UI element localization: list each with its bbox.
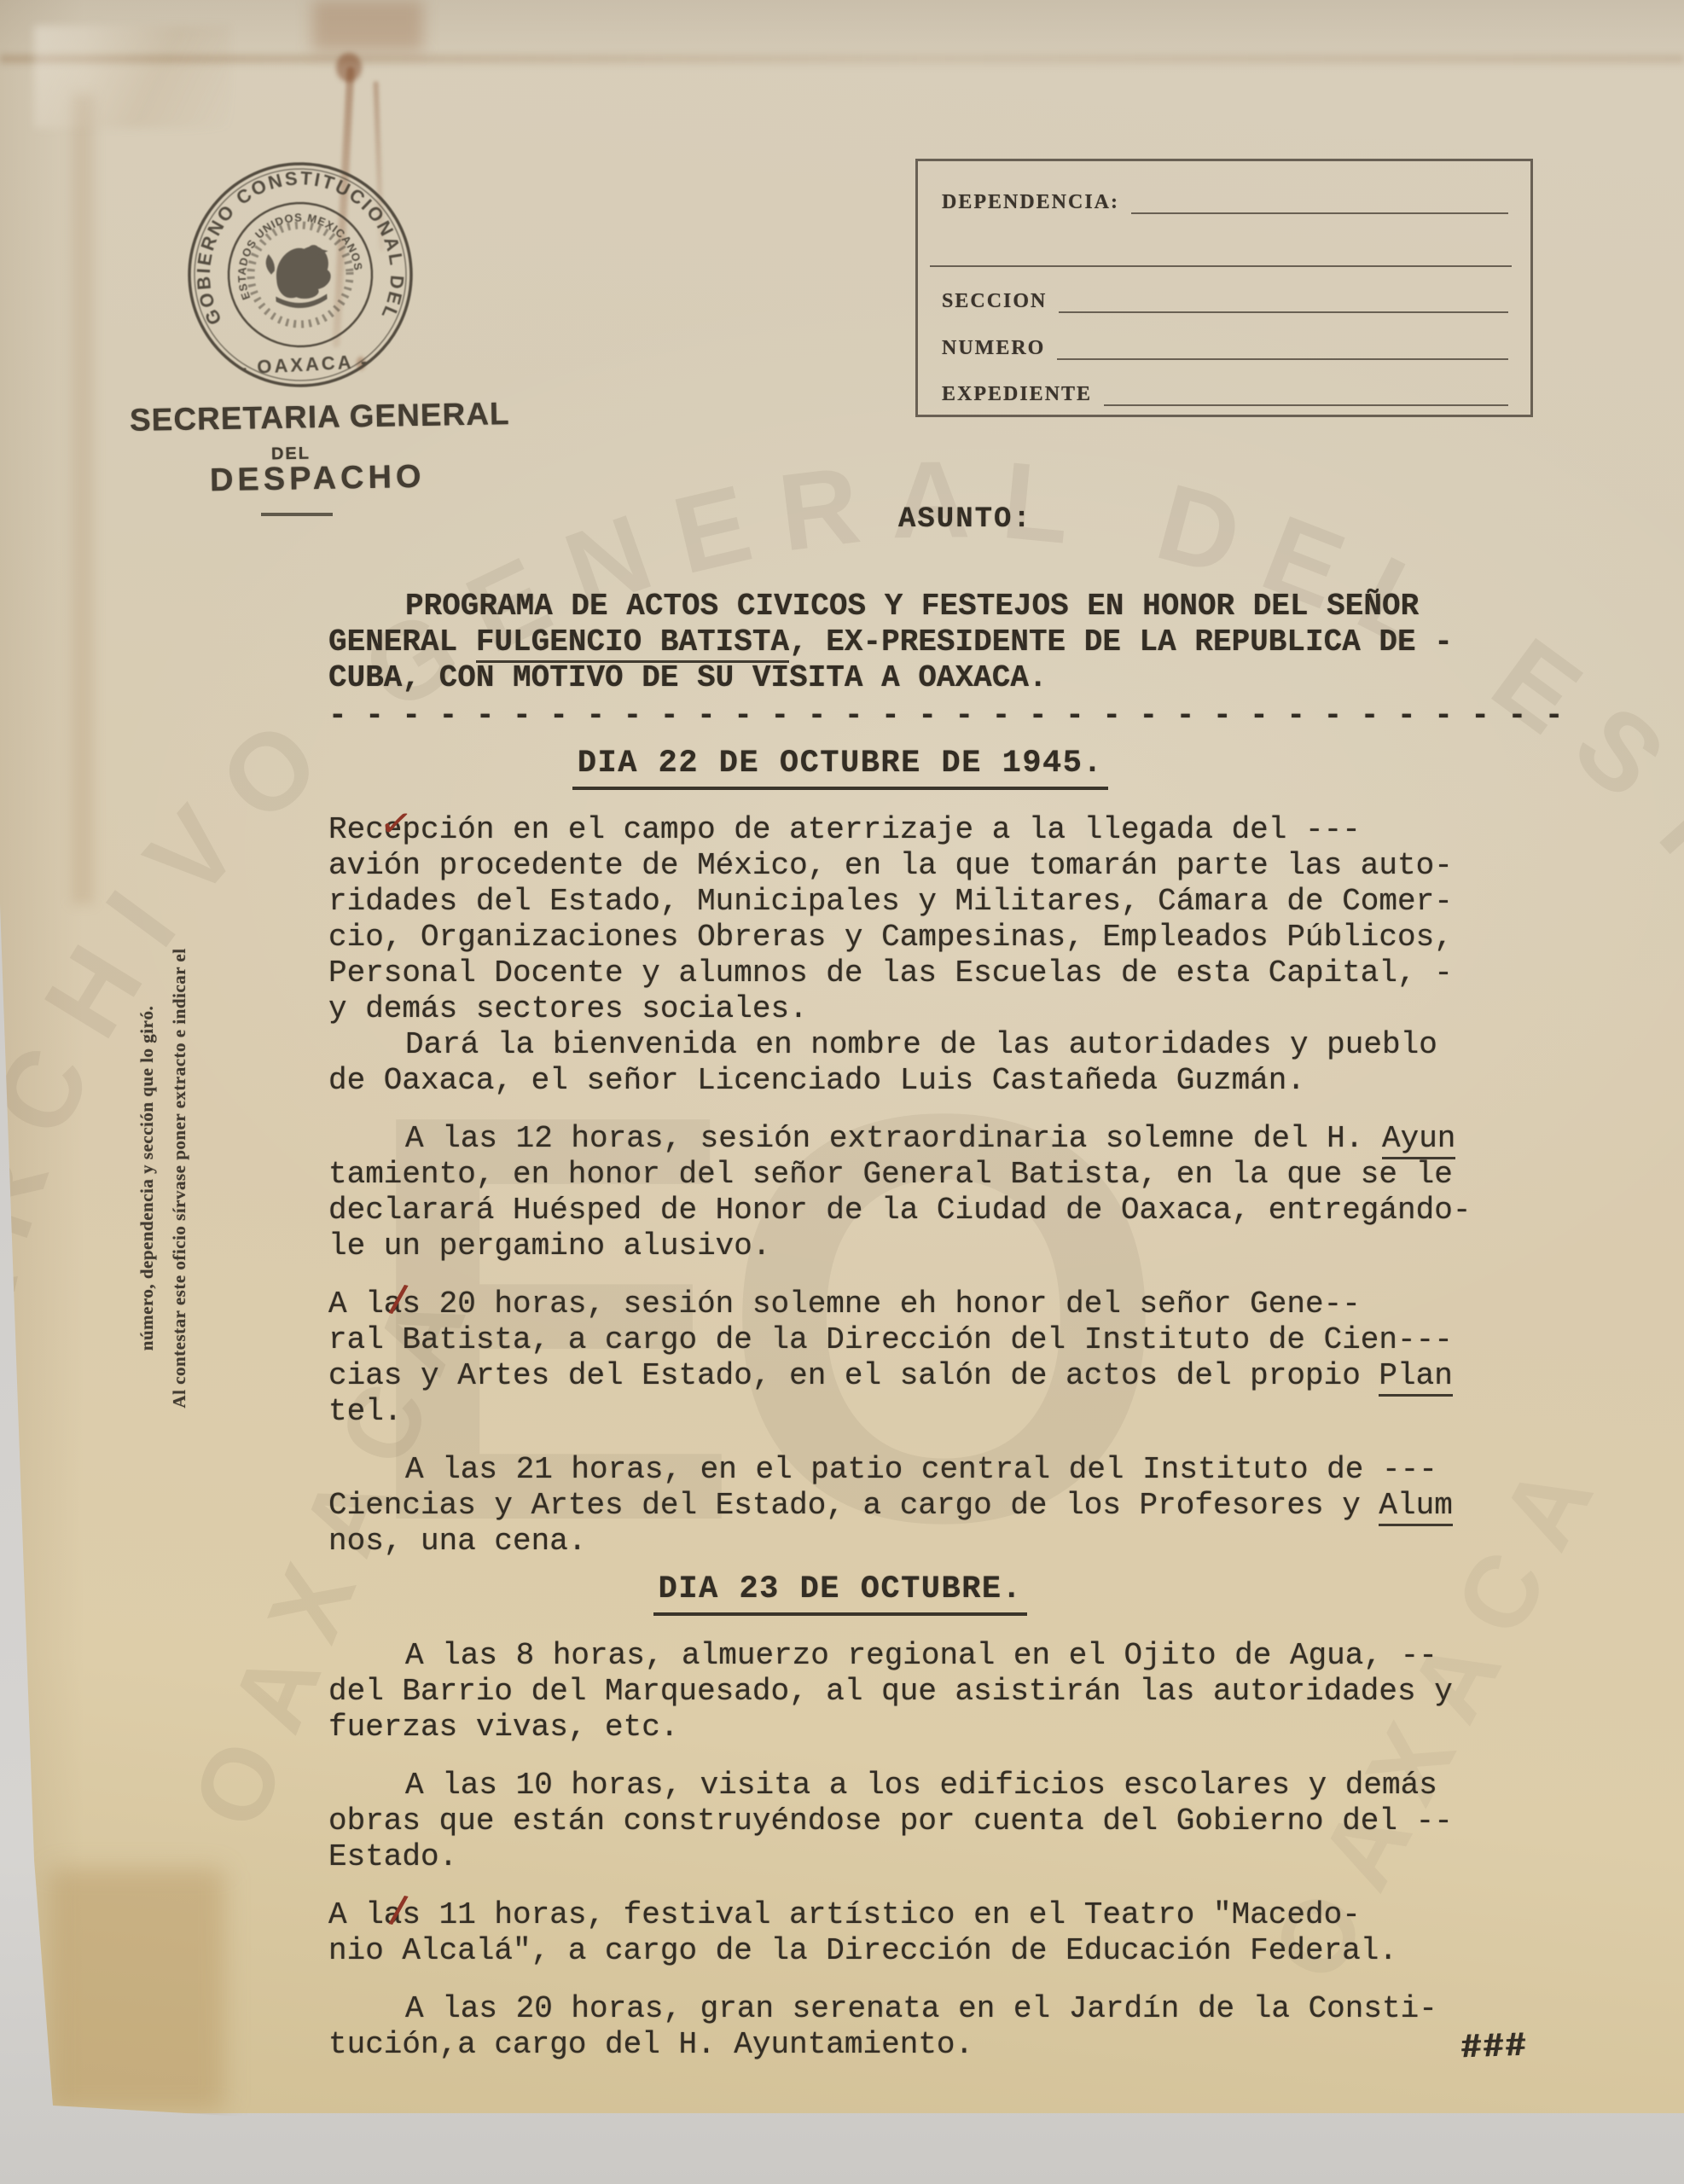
- typewritten-line: A las 8 horas, almuerzo regional en el O…: [328, 1638, 1523, 1674]
- typewritten-line: CUBA, CON MOTIVO DE SU VISITA A OAXACA.: [328, 660, 1523, 696]
- document-paragraph: A las 20 horas, gran serenata en el Jard…: [328, 1991, 1523, 2063]
- typewritten-line: Estado.: [328, 1839, 1523, 1875]
- section-heading-text: DIA 23 DE OCTUBRE.: [653, 1571, 1028, 1616]
- government-seal-stamp: GOBIERNO CONSTITUCIONAL DEL ESTADO ESTAD…: [157, 131, 444, 418]
- typewritten-line: del Barrio del Marquesado, al que asisti…: [328, 1674, 1523, 1710]
- typewritten-line: cias y Artes del Estado, en el salón de …: [328, 1358, 1523, 1394]
- letterhead-underline: [261, 513, 333, 516]
- document-paragraph: A las 21 horas, en el patio central del …: [328, 1452, 1523, 1560]
- document-page: ARCHIVO GENERAL DEL ESTADO OAXACA OAXACA…: [0, 0, 1684, 2113]
- seal-outer-text: GOBIERNO CONSTITUCIONAL DEL ESTADO: [187, 162, 410, 334]
- typewritten-line: A las 21 horas, en el patio central del …: [328, 1452, 1523, 1488]
- document-paragraph: PROGRAMA DE ACTOS CIVICOS Y FESTEJOS EN …: [328, 589, 1523, 696]
- typewritten-line: PROGRAMA DE ACTOS CIVICOS Y FESTEJOS EN …: [328, 589, 1523, 624]
- typewritten-line: declarará Huésped de Honor de la Ciudad …: [328, 1193, 1523, 1228]
- typewritten-line: Recepción en el campo de aterrizaje a la…: [328, 812, 1523, 848]
- typewritten-line: tamiento, en honor del señor General Bat…: [328, 1157, 1523, 1193]
- margin-note-line2: número, dependencia y sección que lo gir…: [131, 854, 163, 1502]
- corner-fold-mark: [34, 26, 230, 128]
- reference-field-blank-line: [930, 240, 1512, 267]
- separator-dashes: - - - - - - - - - - - - - - - - - - - - …: [328, 698, 1523, 734]
- margin-instruction-note: número, dependencia y sección que lo gir…: [131, 854, 195, 1502]
- typewritten-line: A las 10 horas, visita a los edificios e…: [328, 1768, 1523, 1804]
- typewritten-line: A las 12 horas, sesión extraordinaria so…: [328, 1121, 1523, 1157]
- typewritten-line: y demás sectores sociales.: [328, 991, 1523, 1027]
- typewritten-line: fuerzas vivas, etc.: [328, 1710, 1523, 1745]
- reference-fields-box: DEPENDENCIA:SECCIONNUMEROEXPEDIENTE: [915, 159, 1533, 417]
- svg-text:GOBIERNO CONSTITUCIONAL DEL ES: GOBIERNO CONSTITUCIONAL DEL ESTADO: [187, 162, 410, 334]
- typewritten-line: le un pergamino alusivo.: [328, 1228, 1523, 1264]
- typewritten-line: A las 11 horas, festival artístico en el…: [328, 1897, 1523, 1933]
- reference-field-blank-line: [1104, 379, 1508, 406]
- typewritten-line: cio, Organizaciones Obreras y Campesinas…: [328, 920, 1523, 955]
- typewritten-line: nos, una cena.: [328, 1524, 1523, 1560]
- document-body: PROGRAMA DE ACTOS CIVICOS Y FESTEJOS EN …: [328, 589, 1523, 2063]
- section-heading: DIA 22 DE OCTUBRE DE 1945.: [243, 746, 1437, 790]
- reference-field-row: [930, 240, 1512, 267]
- document-paragraph: ✓Recepción en el campo de aterrizaje a l…: [328, 812, 1523, 1027]
- typewritten-line: ridades del Estado, Municipales y Milita…: [328, 884, 1523, 920]
- ink-stain-top: [312, 0, 423, 51]
- typewritten-line: Ciencias y Artes del Estado, a cargo de …: [328, 1488, 1523, 1524]
- typewritten-line: A las 20 horas, sesión solemne eh honor …: [328, 1287, 1523, 1322]
- red-check-annotation: ✓: [377, 804, 415, 844]
- horizontal-crease: [0, 55, 1684, 63]
- eagle-emblem-icon: [265, 244, 333, 310]
- end-of-document-mark: ###: [1460, 2028, 1528, 2069]
- document-paragraph: Dará la bienvenida en nombre de las auto…: [328, 1027, 1523, 1099]
- typewritten-line: ral Batista, a cargo de la Dirección del…: [328, 1322, 1523, 1358]
- reference-field-blank-line: [1059, 286, 1508, 313]
- document-paragraph: A las 12 horas, sesión extraordinaria so…: [328, 1121, 1523, 1264]
- typewritten-line: tel.: [328, 1394, 1523, 1430]
- typewritten-line: de Oaxaca, el señor Licenciado Luis Cast…: [328, 1063, 1523, 1099]
- reference-field-row: DEPENDENCIA:: [942, 187, 1508, 214]
- typewritten-line: A las 20 horas, gran serenata en el Jard…: [328, 1991, 1523, 2027]
- letterhead-office-line3: DESPACHO: [210, 459, 426, 499]
- document-paragraph: /A las 20 horas, sesión solemne eh honor…: [328, 1287, 1523, 1430]
- reference-field-row: SECCION: [942, 286, 1508, 313]
- photographed-archive-document: { "letterhead": { "seal": { "outer_text"…: [0, 0, 1684, 2184]
- reference-field-label: DEPENDENCIA:: [942, 191, 1119, 214]
- typewritten-line: Personal Docente y alumnos de las Escuel…: [328, 955, 1523, 991]
- typewritten-line: avión procedente de México, en la que to…: [328, 848, 1523, 884]
- vertical-fold-stain: [72, 94, 94, 904]
- section-heading: DIA 23 DE OCTUBRE.: [243, 1571, 1437, 1616]
- reference-field-row: NUMERO: [942, 333, 1508, 360]
- bottom-left-discoloration: [49, 1868, 224, 2111]
- margin-note-line1: Al contestar este oficio sírvase poner e…: [163, 854, 195, 1502]
- reference-field-row: EXPEDIENTE: [942, 379, 1508, 406]
- reference-field-blank-line: [1131, 187, 1508, 214]
- stain-drip-blob: [336, 53, 362, 82]
- reference-field-blank-line: [1057, 333, 1508, 360]
- typewritten-line: obras que están construyéndose por cuent…: [328, 1804, 1523, 1839]
- letterhead-office-line1: SECRETARIA GENERAL: [130, 396, 510, 439]
- reference-field-label: EXPEDIENTE: [942, 383, 1092, 406]
- typewritten-line: GENERAL FULGENCIO BATISTA, EX-PRESIDENTE…: [328, 624, 1523, 660]
- subject-label: ASUNTO:: [898, 503, 1032, 536]
- typewritten-line: nio Alcalá", a cargo de la Dirección de …: [328, 1933, 1523, 1969]
- section-heading-text: DIA 22 DE OCTUBRE DE 1945.: [572, 746, 1108, 790]
- typewritten-line: Dará la bienvenida en nombre de las auto…: [328, 1027, 1523, 1063]
- document-paragraph: A las 10 horas, visita a los edificios e…: [328, 1768, 1523, 1875]
- typewritten-line: tución,a cargo del H. Ayuntamiento.: [328, 2027, 1523, 2063]
- document-paragraph: /A las 11 horas, festival artístico en e…: [328, 1897, 1523, 1969]
- reference-field-label: NUMERO: [942, 337, 1045, 360]
- reference-field-label: SECCION: [942, 290, 1047, 313]
- document-paragraph: A las 8 horas, almuerzo regional en el O…: [328, 1638, 1523, 1745]
